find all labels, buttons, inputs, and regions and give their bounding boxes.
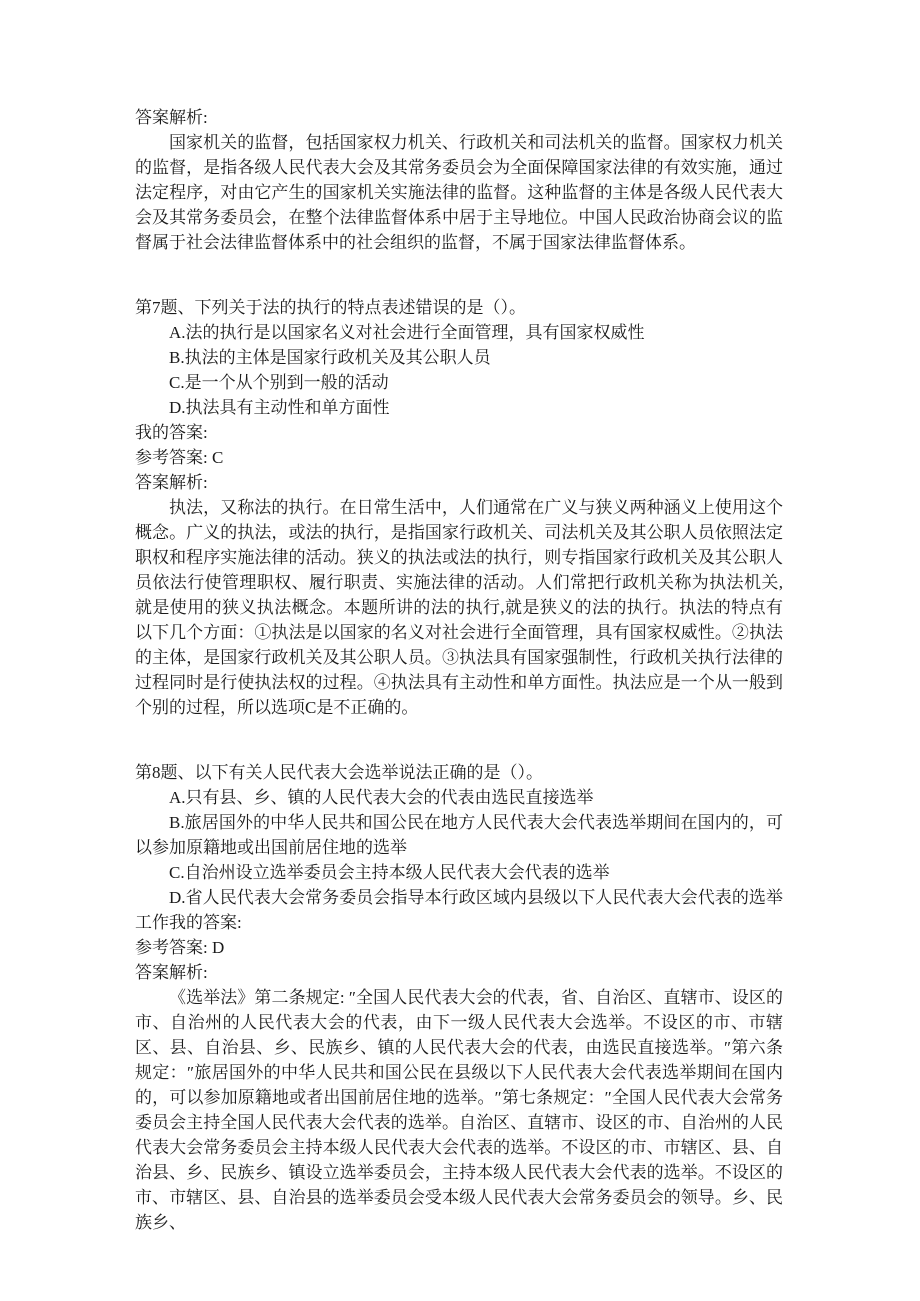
prev-analysis-heading: 答案解析: <box>135 105 783 130</box>
question-8-option-d-with-my-answer: D.省人民代表大会常务委员会指导本行政区域内县级以下人民代表大会代表的选举工作我… <box>135 885 783 935</box>
document-page: 答案解析: 国家机关的监督，包括国家权力机关、行政机关和司法机关的监督。国家权力… <box>0 0 920 1301</box>
question-7-option-b: B.执法的主体是国家行政机关及其公职人员 <box>135 345 783 370</box>
question-8-title: 第8题、以下有关人民代表大会选举说法正确的是（）。 <box>135 760 783 785</box>
prev-question-analysis-section: 答案解析: 国家机关的监督，包括国家权力机关、行政机关和司法机关的监督。国家权力… <box>135 105 783 255</box>
question-8-analysis-paragraph: 《选举法》第二条规定: ″全国人民代表大会的代表，省、自治区、直辖市、设区的市、… <box>135 985 783 1235</box>
question-8-option-b: B.旅居国外的中华人民共和国公民在地方人民代表大会代表选举期间在国内的，可以参加… <box>135 810 783 860</box>
question-7-option-d: D.执法具有主动性和单方面性 <box>135 395 783 420</box>
question-8-option-c: C.自治州设立选举委员会主持本级人民代表大会代表的选举 <box>135 860 783 885</box>
question-8-option-a: A.只有县、乡、镇的人民代表大会的代表由选民直接选举 <box>135 785 783 810</box>
question-8-analysis-heading: 答案解析: <box>135 960 783 985</box>
question-7-option-a: A.法的执行是以国家名义对社会进行全面管理，具有国家权威性 <box>135 320 783 345</box>
question-7-title: 第7题、下列关于法的执行的特点表述错误的是（）。 <box>135 295 783 320</box>
question-7-my-answer-label: 我的答案: <box>135 420 783 445</box>
question-7-reference-answer: 参考答案: C <box>135 445 783 470</box>
question-7-analysis-paragraph: 执法，又称法的执行。在日常生活中，人们通常在广义与狭义两种涵义上使用这个概念。广… <box>135 495 783 720</box>
question-7-section: 第7题、下列关于法的执行的特点表述错误的是（）。 A.法的执行是以国家名义对社会… <box>135 295 783 720</box>
question-7-option-c: C.是一个从个别到一般的活动 <box>135 370 783 395</box>
prev-analysis-paragraph: 国家机关的监督，包括国家权力机关、行政机关和司法机关的监督。国家权力机关的监督，… <box>135 130 783 255</box>
question-8-reference-answer: 参考答案: D <box>135 935 783 960</box>
question-7-analysis-heading: 答案解析: <box>135 470 783 495</box>
question-8-section: 第8题、以下有关人民代表大会选举说法正确的是（）。 A.只有县、乡、镇的人民代表… <box>135 760 783 1235</box>
document-content: 答案解析: 国家机关的监督，包括国家权力机关、行政机关和司法机关的监督。国家权力… <box>135 105 783 1235</box>
